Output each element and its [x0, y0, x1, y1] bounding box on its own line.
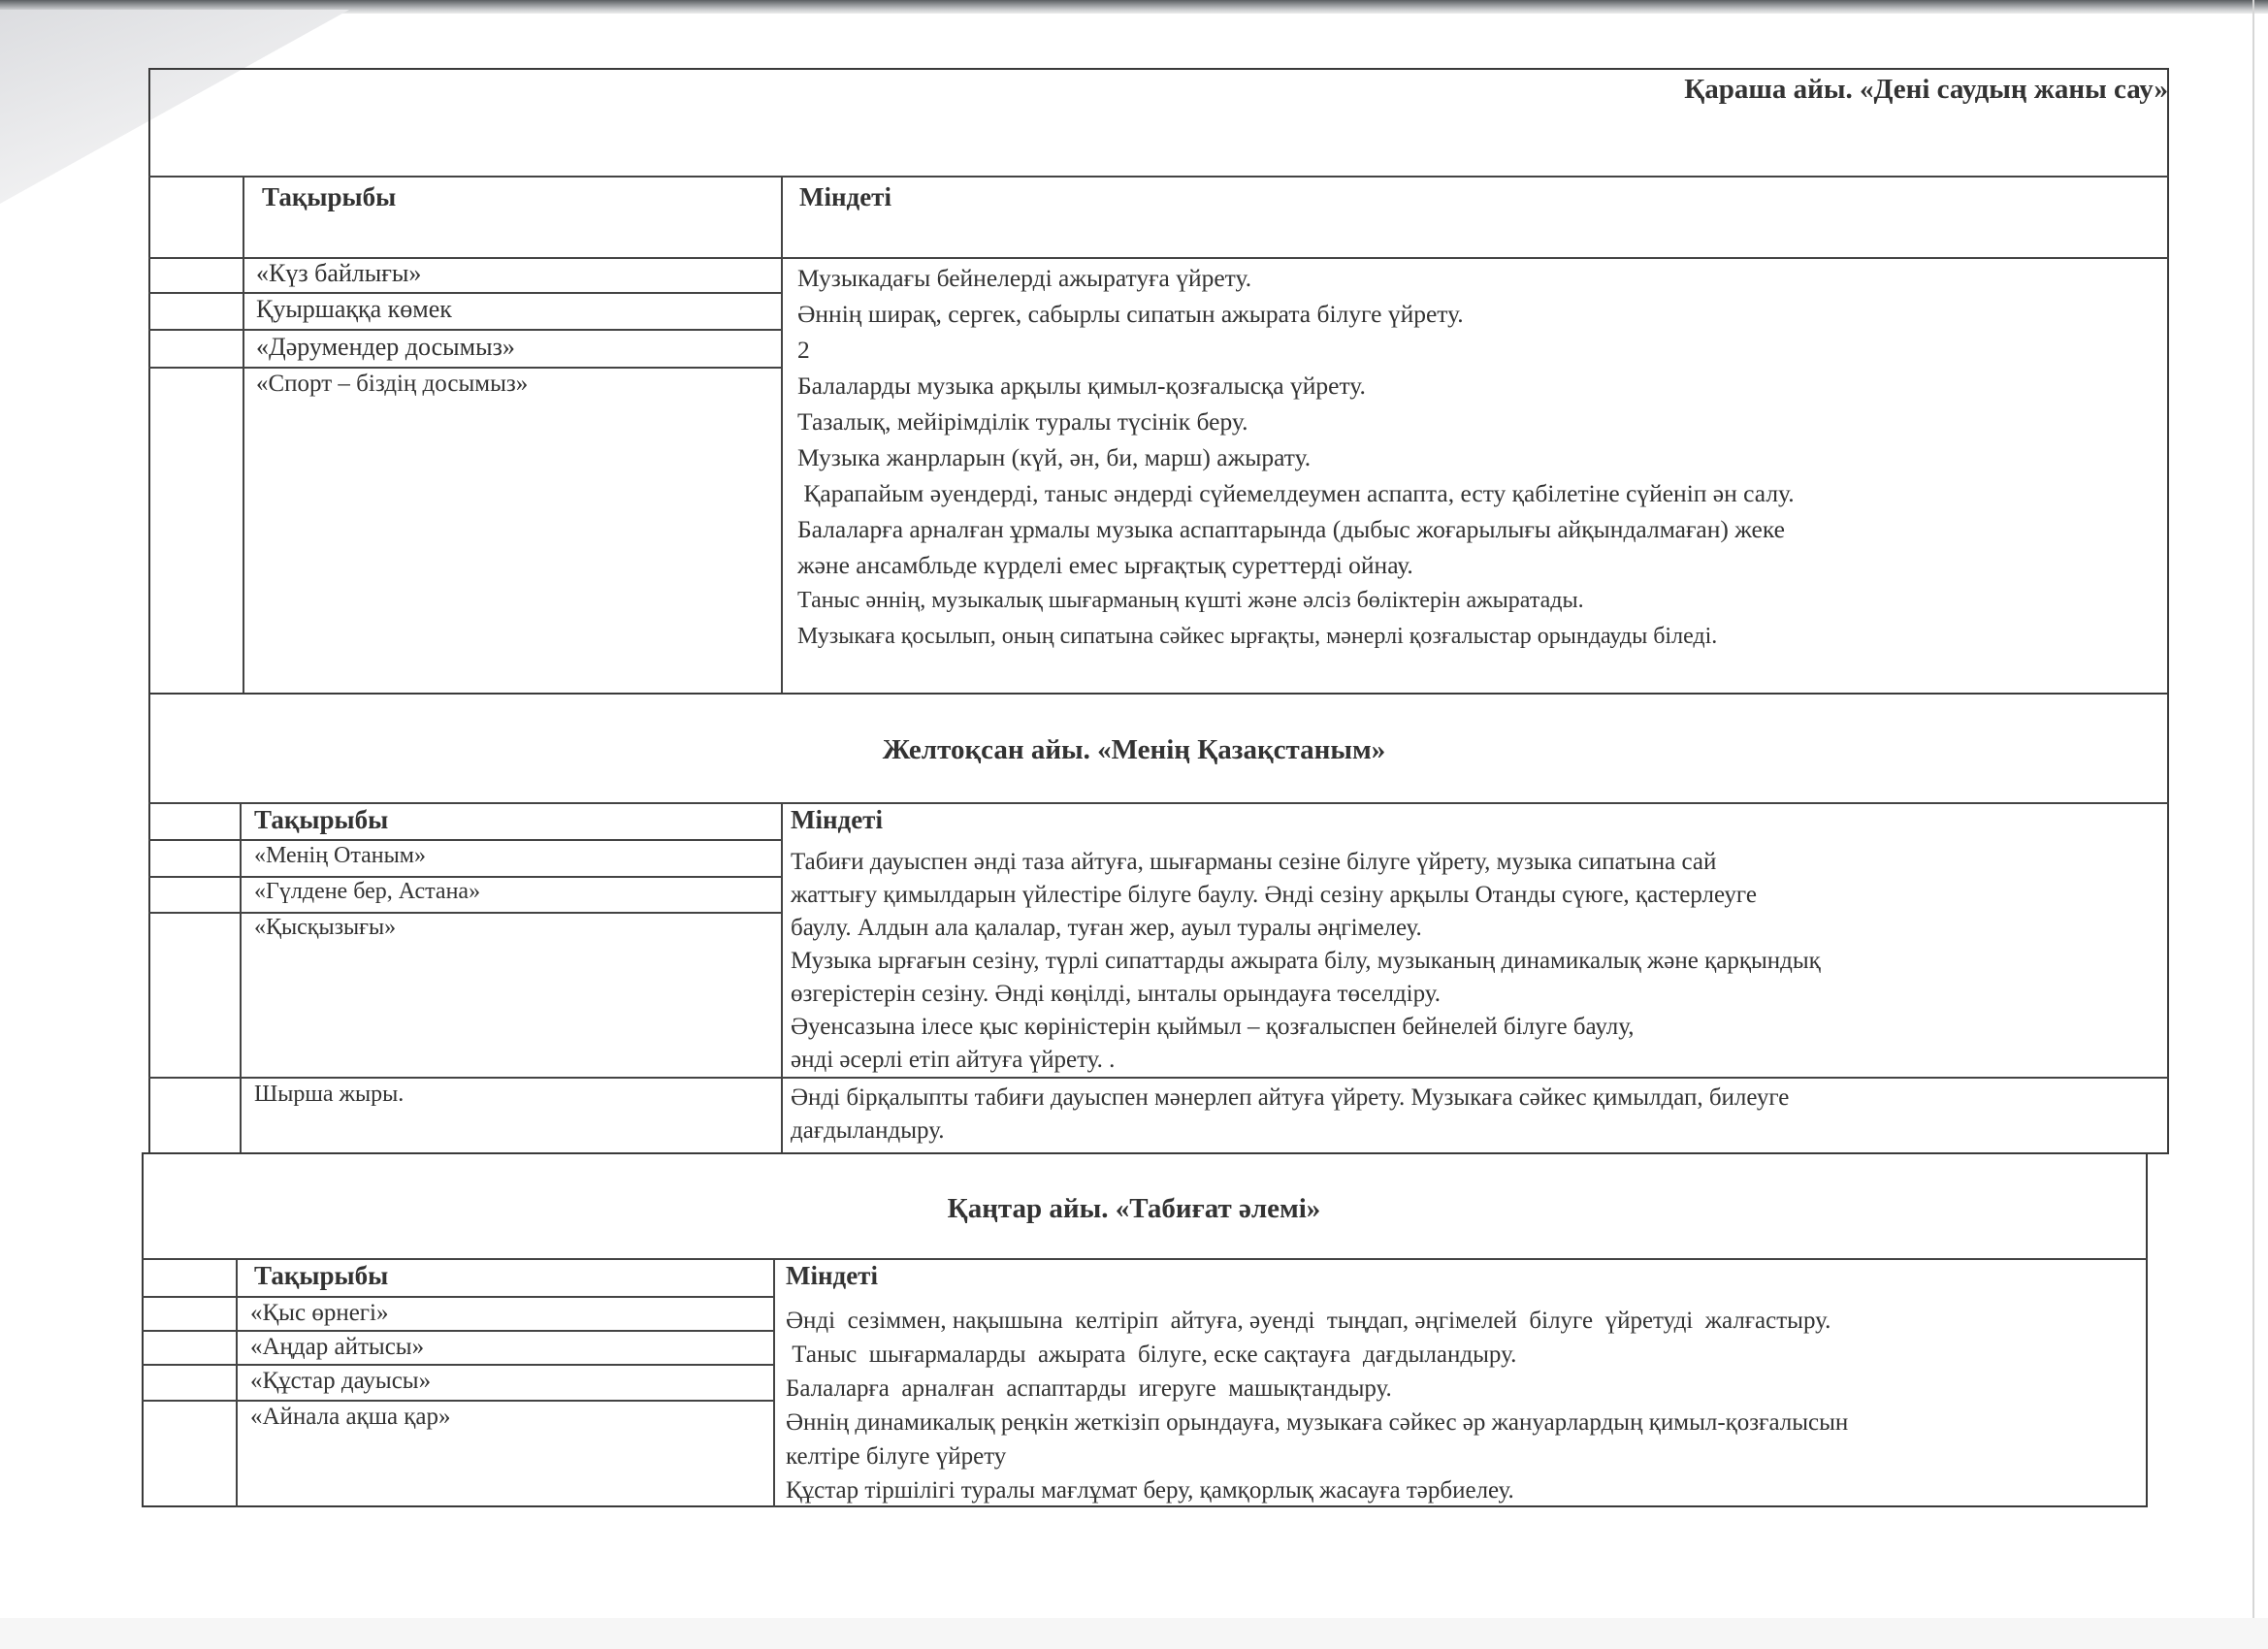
- task-line: Қарапайым әуендерді, таныс әндерді сүйем…: [797, 475, 1795, 511]
- task-line: Таныс әннің, музыкалық шығарманың күшті …: [797, 583, 1795, 619]
- task-line: келтіре білуге үйрету: [786, 1439, 1848, 1473]
- topic-cell: «Гүлдене бер, Астана»: [254, 879, 480, 905]
- task-line: баулу. Алдын ала қалалар, туған жер, ауы…: [791, 912, 1821, 945]
- col-divider: [240, 802, 242, 1154]
- task-line: Әуенсазына ілесе қыс көріністерін қыймыл…: [791, 1011, 1821, 1044]
- row-divider: [148, 257, 2169, 259]
- task-line: Табиғи дауыспен әнді таза айтуға, шығарм…: [791, 846, 1821, 879]
- task-line: Таныс шығармаларды ажырата білуге, еске …: [786, 1338, 1848, 1372]
- task-list: Музыкадағы бейнелерді ажыратуға үйрету. …: [797, 260, 1795, 655]
- col-divider: [243, 176, 244, 695]
- topic-cell: Қуыршаққа көмек: [256, 295, 452, 324]
- column-header-topic: Тақырыбы: [254, 1261, 388, 1291]
- task-line: және ансамбльде күрделі емес ырғақтық су…: [797, 547, 1795, 583]
- column-header-task: Міндеті: [799, 182, 891, 212]
- topic-cell: «Аңдар айтысы»: [250, 1334, 424, 1361]
- december-month-title: Желтоқсан айы. «Менің Қазақстаным»: [0, 734, 2268, 766]
- scan-bottom-edge: [0, 1618, 2268, 1649]
- task-line: Әннің динамикалық реңкін жеткізіп орында…: [786, 1406, 1848, 1439]
- column-header-task: Міндеті: [791, 805, 883, 835]
- col-divider: [781, 802, 783, 1154]
- task-line: Балаларды музыка арқылы қимыл-қозғалысқа…: [797, 368, 1795, 404]
- col-divider: [236, 1258, 238, 1507]
- task-line: Тазалық, мейірімділік туралы түсінік бер…: [797, 404, 1795, 439]
- topic-cell: «Қысқызығы»: [254, 915, 396, 941]
- task-line: Музыка жанрларын (күй, ән, би, марш) ажы…: [797, 439, 1795, 475]
- task-list: Әнді сезіммен, нақышына келтіріп айтуға,…: [786, 1304, 1848, 1507]
- row-divider: [148, 876, 781, 878]
- task-line: Балаларға арналған аспаптарды игеруге ма…: [786, 1372, 1848, 1406]
- task-line: Музыка ырғағын сезіну, түрлі сипаттарды …: [791, 945, 1821, 978]
- task-line: Балаларға арналған ұрмалы музыка аспапта…: [797, 511, 1795, 547]
- col-divider: [781, 176, 783, 695]
- scan-right-edge: [2252, 0, 2254, 1620]
- topic-cell: «Қыс өрнегі»: [250, 1300, 389, 1327]
- task-line: 2: [797, 332, 1795, 368]
- row-divider: [142, 1258, 2148, 1260]
- task-line: әнді әсерлі етіп айтуға үйрету. .: [791, 1044, 1821, 1077]
- topic-cell: «Менің Отаным»: [254, 843, 426, 869]
- task-line: Әнді бірқалыпты табиғи дауыспен мәнерлеп…: [791, 1082, 1789, 1115]
- topic-cell: «Айнала ақша қар»: [250, 1404, 451, 1431]
- task-line: жаттығу қимылдарын үйлестіре білуге баул…: [791, 879, 1821, 912]
- topic-cell: «Күз байлығы»: [256, 259, 421, 288]
- topic-cell: «Дәрумендер досымыз»: [256, 333, 515, 362]
- task-line: Музыкаға қосылып, оның сипатына сәйкес ы…: [797, 619, 1795, 655]
- topic-cell: Шырша жыры.: [254, 1082, 404, 1108]
- row-divider: [148, 1077, 2169, 1079]
- topic-cell: «Құстар дауысы»: [250, 1368, 431, 1395]
- topic-cell: «Спорт – біздің досымыз»: [256, 371, 528, 398]
- column-header-topic: Тақырыбы: [262, 182, 396, 212]
- row-divider: [148, 839, 781, 841]
- task-list: Табиғи дауыспен әнді таза айтуға, шығарм…: [791, 846, 1821, 1077]
- task-line: өзгерістерін сезіну. Әнді көңілді, ынтал…: [791, 978, 1821, 1011]
- row-divider: [148, 912, 781, 914]
- task-line: Құстар тіршілігі туралы мағлұмат беру, қ…: [786, 1473, 1848, 1507]
- task-line: дағдыландыру.: [791, 1115, 1789, 1148]
- row-divider: [148, 802, 2169, 804]
- column-header-topic: Тақырыбы: [254, 805, 388, 835]
- task-line: Әннің ширақ, сергек, сабырлы сипатын ажы…: [797, 296, 1795, 332]
- november-month-title: Қараша айы. «Дені саудың жаны сау»: [1684, 74, 2168, 106]
- task-list: Әнді бірқалыпты табиғи дауыспен мәнерлеп…: [791, 1082, 1789, 1148]
- task-line: Әнді сезіммен, нақышына келтіріп айтуға,…: [786, 1304, 1848, 1338]
- january-month-title: Қаңтар айы. «Табиғат әлемі»: [0, 1193, 2268, 1225]
- col-divider: [773, 1258, 775, 1507]
- row-divider: [148, 176, 2169, 178]
- task-line: Музыкадағы бейнелерді ажыратуға үйрету.: [797, 260, 1795, 296]
- column-header-task: Міндеті: [786, 1261, 878, 1291]
